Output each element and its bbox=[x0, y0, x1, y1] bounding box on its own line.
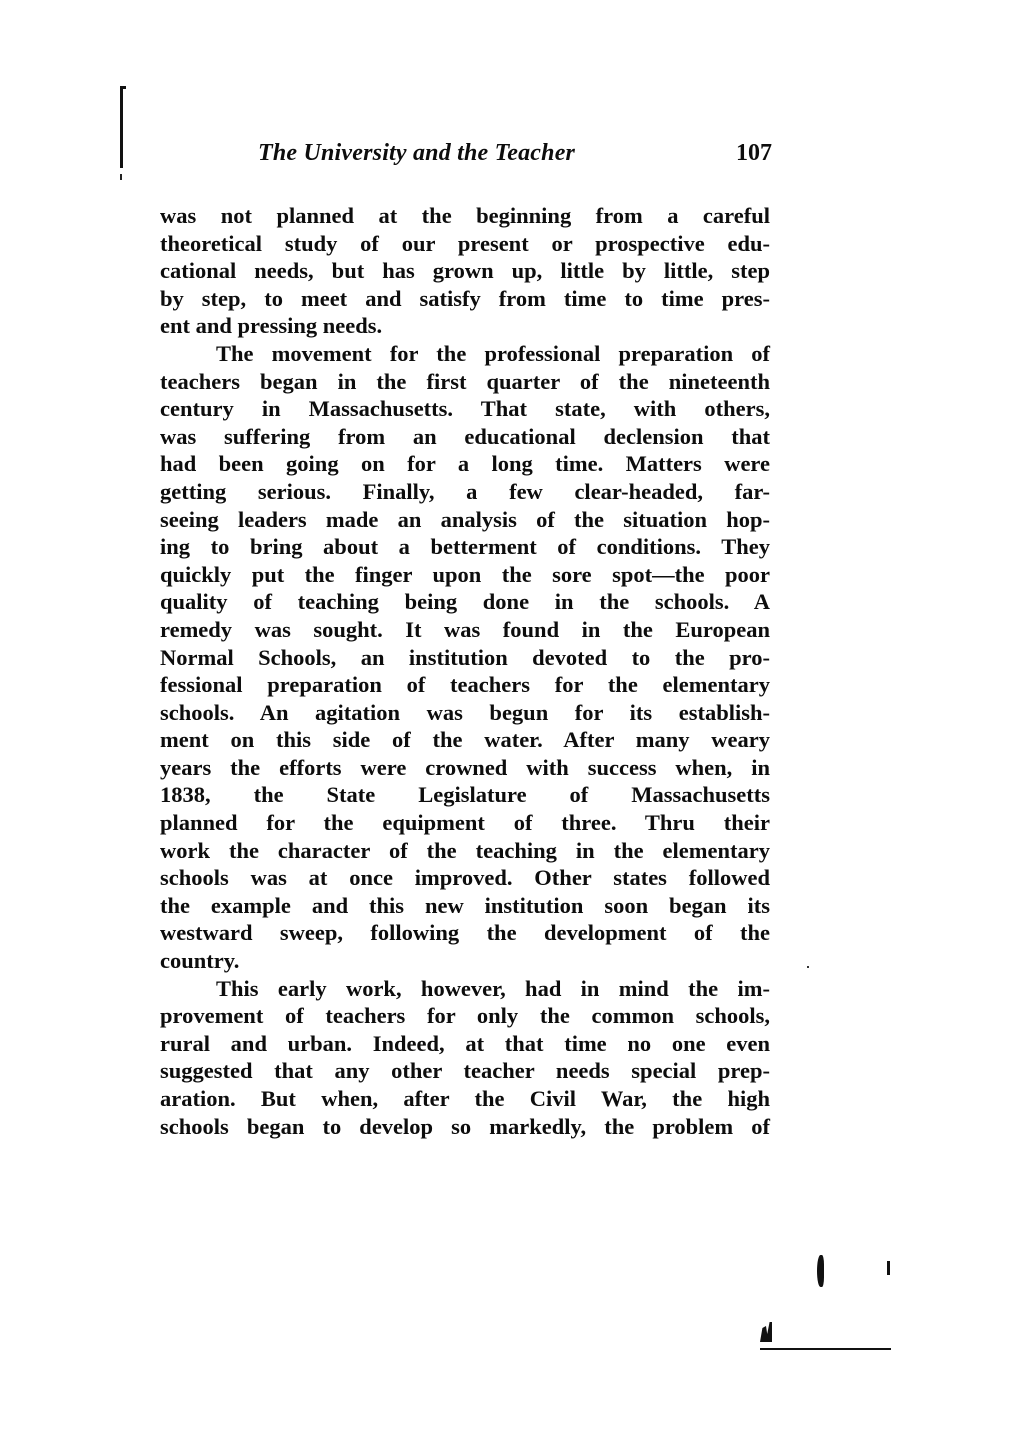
text-line: planned for the equipment of three. Thru… bbox=[160, 809, 770, 837]
text-line: years the efforts were crowned with succ… bbox=[160, 754, 770, 782]
text-line: was not planned at the beginning from a … bbox=[160, 202, 770, 230]
running-head-title: The University and the Teacher bbox=[258, 140, 575, 167]
text-line: suggested that any other teacher needs s… bbox=[160, 1057, 770, 1085]
text-line: fessional preparation of teachers for th… bbox=[160, 671, 770, 699]
text-line: had been going on for a long time. Matte… bbox=[160, 450, 770, 478]
text-line: was suffering from an educational declen… bbox=[160, 423, 770, 451]
text-line: ent and pressing needs. bbox=[160, 312, 770, 340]
scan-edge-tick bbox=[120, 174, 122, 180]
text-line: schools. An agitation was begun for its … bbox=[160, 699, 770, 727]
text-line: quickly put the finger upon the sore spo… bbox=[160, 561, 770, 589]
text-line: Normal Schools, an institution devoted t… bbox=[160, 644, 770, 672]
body-text: was not planned at the beginning from a … bbox=[160, 202, 770, 1140]
scan-edge-mark bbox=[120, 86, 123, 168]
scan-artifact-mark bbox=[817, 1255, 824, 1287]
text-line: westward sweep, following the developmen… bbox=[160, 919, 770, 947]
text-line: schools was at once improved. Other stat… bbox=[160, 864, 770, 892]
text-line: country. bbox=[160, 947, 770, 975]
footer-rule bbox=[760, 1348, 891, 1350]
running-head: The University and the Teacher 107 bbox=[258, 140, 798, 176]
text-line: ment on this side of the water. After ma… bbox=[160, 726, 770, 754]
text-line: cational needs, but has grown up, little… bbox=[160, 257, 770, 285]
text-line: century in Massachusetts. That state, wi… bbox=[160, 395, 770, 423]
text-line: remedy was sought. It was found in the E… bbox=[160, 616, 770, 644]
text-line: aration. But when, after the Civil War, … bbox=[160, 1085, 770, 1113]
text-line: work the character of the teaching in th… bbox=[160, 837, 770, 865]
text-line: quality of teaching being done in the sc… bbox=[160, 588, 770, 616]
text-line: theoretical study of our present or pros… bbox=[160, 230, 770, 258]
text-line: rural and urban. Indeed, at that time no… bbox=[160, 1030, 770, 1058]
scan-artifact-mark bbox=[760, 1322, 772, 1342]
text-line: 1838, the State Legislature of Massachus… bbox=[160, 781, 770, 809]
text-line: getting serious. Finally, a few clear-he… bbox=[160, 478, 770, 506]
text-line: teachers began in the first quarter of t… bbox=[160, 368, 770, 396]
text-line: seeing leaders made an analysis of the s… bbox=[160, 506, 770, 534]
text-line: the example and this new institution soo… bbox=[160, 892, 770, 920]
paragraph-start-line: The movement for the professional prepar… bbox=[160, 340, 770, 368]
text-line: ing to bring about a betterment of condi… bbox=[160, 533, 770, 561]
text-line: provement of teachers for only the commo… bbox=[160, 1002, 770, 1030]
page-number: 107 bbox=[736, 140, 772, 167]
text-line: schools began to develop so markedly, th… bbox=[160, 1113, 770, 1141]
paragraph-start-line: This early work, however, had in mind th… bbox=[160, 975, 770, 1003]
scan-artifact-mark bbox=[887, 1261, 890, 1275]
text-line: by step, to meet and satisfy from time t… bbox=[160, 285, 770, 313]
scan-speck bbox=[807, 966, 809, 968]
